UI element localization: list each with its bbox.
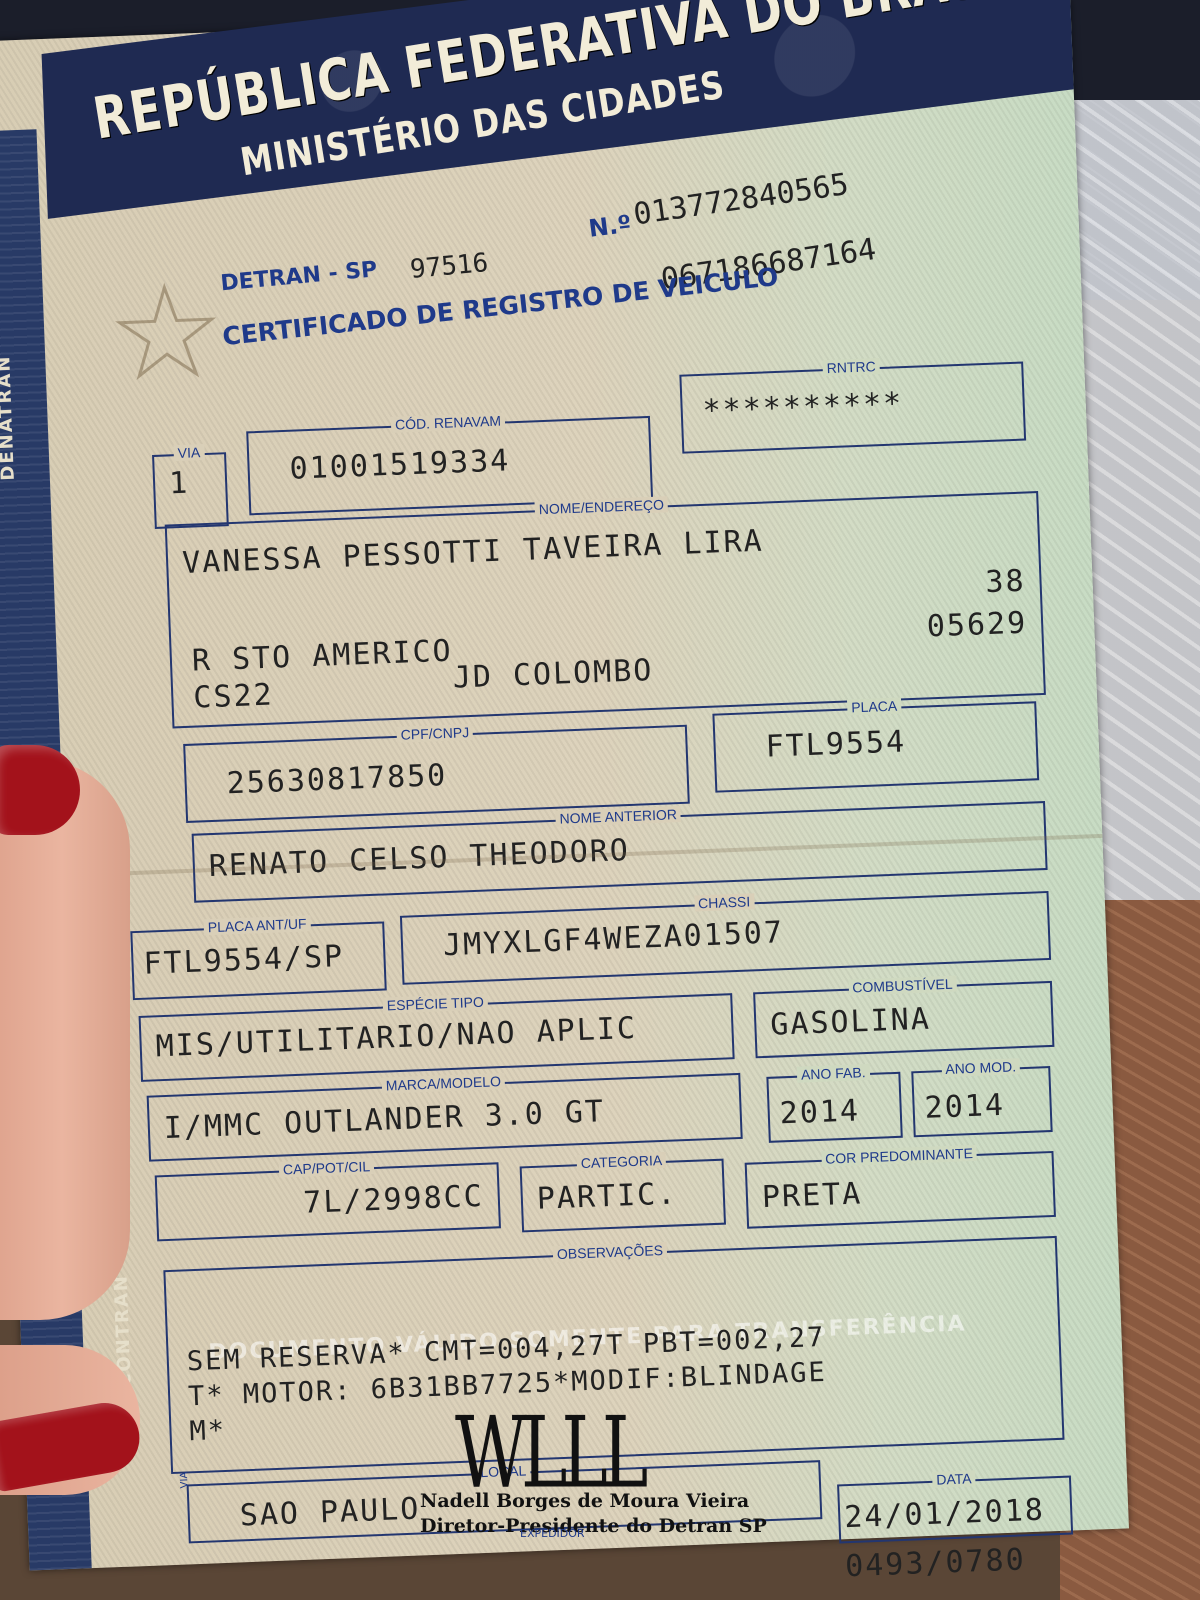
star-emblem-icon: ★ [110,277,224,391]
field-value: ********** [702,386,904,429]
signatory-name: Nadell Borges de Moura Vieira [420,1490,749,1512]
field-value: FTL9554 [765,724,907,764]
address-street: R STO AMERICO [191,634,453,679]
document-number: 013772840565 [631,167,851,233]
field-label: PLACA ANT/UF [203,915,310,935]
field-value: PARTIC. [536,1176,678,1216]
owner-name: VANESSA PESSOTTI TAVEIRA LIRA [182,524,765,581]
vehicle-registration-certificate: DENATRAN CONTRAN REPÚBLICA FEDERATIVA DO… [0,0,1129,1571]
field-combustivel: COMBUSTÍVEL GASOLINA [753,981,1054,1058]
field-cap-pot-cil: CAP/POT/CIL 7L/2998CC [155,1162,501,1241]
field-value: 01001519334 [289,443,511,486]
field-value: MIS/UTILITARIO/NAO APLIC [155,1011,637,1064]
field-placa: PLACA FTL9554 [712,701,1039,792]
field-ano-fab: ANO FAB. 2014 [766,1072,902,1143]
field-value: 2014 [779,1093,861,1131]
field-label: CPF/CNPJ [396,724,473,743]
observation-line: M* [189,1415,227,1447]
field-value: FTL9554/SP [143,939,345,982]
field-especie-tipo: ESPÉCIE TIPO MIS/UTILITARIO/NAO APLIC [139,993,735,1082]
field-label: COMBUSTÍVEL [848,976,957,996]
field-rntrc: RNTRC ********** [679,362,1026,454]
field-label: CATEGORIA [577,1152,667,1171]
address-number: 38 [985,564,1026,601]
field-label: MARCA/MODELO [382,1073,506,1094]
field-value: 25630817850 [226,758,448,801]
field-ano-mod: ANO MOD. 2014 [911,1066,1052,1137]
address-complement: CS22 [193,678,275,716]
field-nome-endereco: NOME/ENDEREÇO VANESSA PESSOTTI TAVEIRA L… [165,491,1046,728]
field-marca-modelo: MARCA/MODELO I/MMC OUTLANDER 3.0 GT [147,1073,743,1162]
thumb [0,760,130,1320]
field-label: VIA [173,444,204,461]
data-sub-number: 0493/0780 [845,1542,1027,1584]
field-placa-anterior: PLACA ANT/UF FTL9554/SP [130,921,386,1000]
field-value: I/MMC OUTLANDER 3.0 GT [163,1094,605,1146]
field-value: SAO PAULO [239,1492,421,1534]
field-label: OBSERVAÇÕES [553,1242,668,1262]
field-value: JMYXLGF4WEZA01507 [442,915,784,963]
field-label: CÓD. RENAVAM [391,412,506,432]
signatory-role: Diretor-Presidente do Detran SP [420,1515,767,1537]
issuer-label: DETRAN - SP [219,257,378,296]
number-label: N.º [587,210,633,243]
field-via: VIA 1 [152,452,229,529]
field-label: CHASSI [694,893,755,911]
field-value: RENATO CELSO THEODORO [208,833,630,884]
address-cep: 05629 [926,606,1028,645]
field-cor-predominante: COR PREDOMINANTE PRETA [745,1151,1056,1229]
field-label: NOME ANTERIOR [555,806,681,827]
field-value: PRETA [761,1176,863,1215]
address-district: JD COLOMBO [452,653,654,696]
field-chassi: CHASSI JMYXLGF4WEZA01507 [400,891,1051,985]
field-value: 1 [168,466,189,502]
field-label: RNTRC [822,358,880,376]
via-side-label: VIA [179,1472,191,1489]
field-label: ANO FAB. [797,1064,870,1083]
field-label: CAP/POT/CIL [279,1158,375,1178]
code-left: 97516 [409,248,490,285]
field-value: 2014 [924,1088,1006,1126]
field-label: ESPÉCIE TIPO [383,994,489,1014]
field-value: GASOLINA [770,1002,932,1043]
field-value: 7L/2998CC [303,1179,485,1221]
expedidor-label: EXPEDIDOR [520,1527,585,1540]
field-value: 24/01/2018 [844,1493,1046,1536]
field-categoria: CATEGORIA PARTIC. [520,1159,726,1233]
field-label: COR PREDOMINANTE [821,1145,977,1167]
field-label: DATA [932,1470,976,1488]
field-label: PLACA [847,697,901,715]
field-data: DATA 24/01/2018 [837,1476,1073,1544]
field-label: ANO MOD. [941,1058,1020,1077]
